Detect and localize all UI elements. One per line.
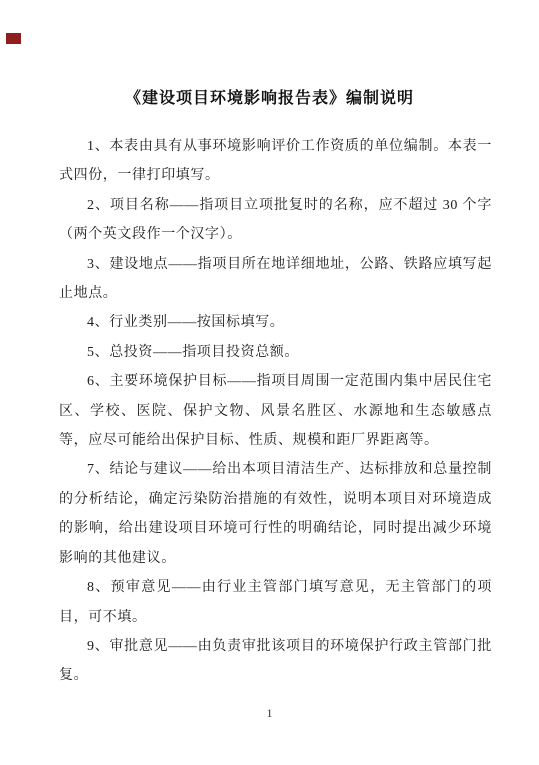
instruction-item-4: 4、行业类别——按国标填写。	[59, 308, 492, 337]
page-number: 1	[0, 706, 539, 721]
document-page: 《建设项目环境影响报告表》编制说明 1、本表由具有从事环境影响评价工作资质的单位…	[0, 0, 539, 765]
instruction-item-8: 8、预审意见——由行业主管部门填写意见，无主管部门的项目，可不填。	[59, 573, 492, 632]
instruction-item-6: 6、主要环境保护目标——指项目周围一定范围内集中居民住宅区、学校、医院、保护文物…	[59, 367, 492, 455]
red-corner-mark	[6, 33, 21, 44]
instructions-body: 1、本表由具有从事环境影响评价工作资质的单位编制。本表一式四份，一律打印填写。 …	[59, 132, 492, 691]
instruction-item-5: 5、总投资——指项目投资总额。	[59, 338, 492, 367]
instruction-item-2: 2、项目名称——指项目立项批复时的名称，应不超过 30 个字（两个英文段作一个汉…	[59, 191, 492, 250]
instruction-item-1: 1、本表由具有从事环境影响评价工作资质的单位编制。本表一式四份，一律打印填写。	[59, 132, 492, 191]
page-title: 《建设项目环境影响报告表》编制说明	[0, 85, 539, 108]
instruction-item-3: 3、建设地点——指项目所在地详细地址，公路、铁路应填写起止地点。	[59, 250, 492, 309]
instruction-item-9: 9、审批意见——由负责审批该项目的环境保护行政主管部门批复。	[59, 632, 492, 691]
instruction-item-7: 7、结论与建议——给出本项目清洁生产、达标排放和总量控制的分析结论，确定污染防治…	[59, 455, 492, 573]
